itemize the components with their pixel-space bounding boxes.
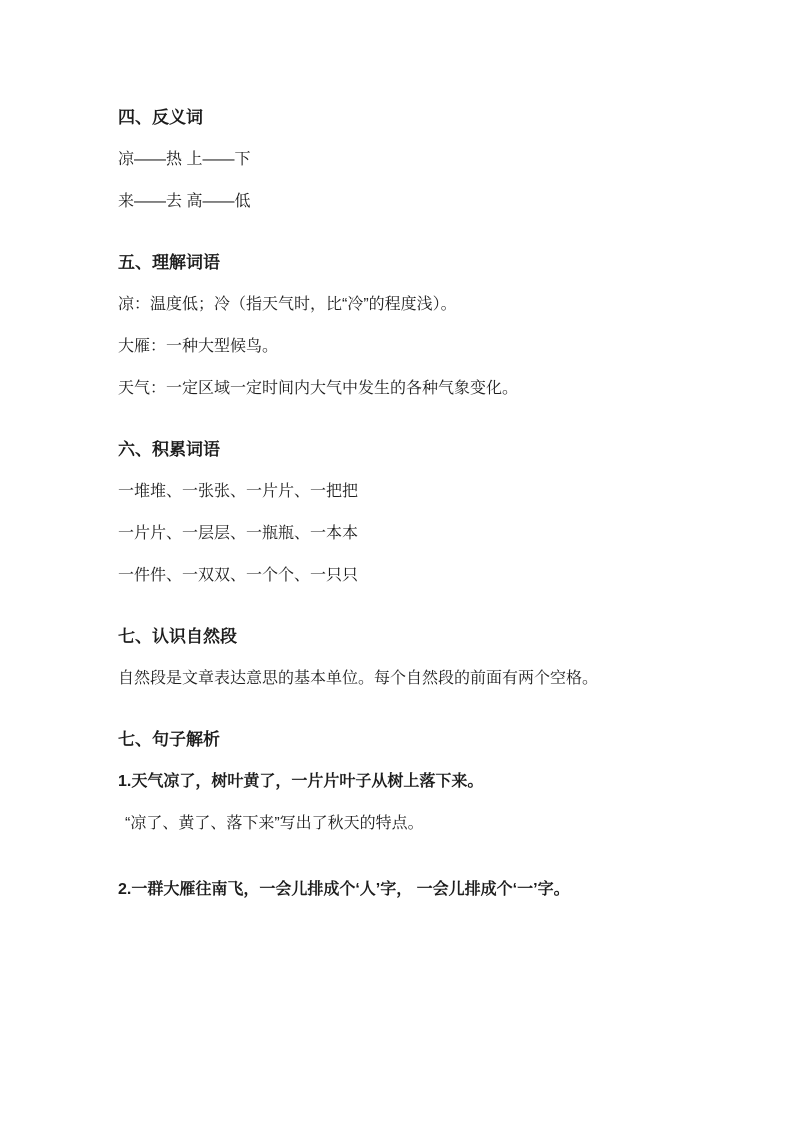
section-accumulated-words: 六、积累词语 一堆堆、一张张、一片片、一把把 一片片、一层层、一瓶瓶、一本本 一… [118,438,703,587]
antonym-pair-line: 凉——热 上——下 [118,149,703,171]
document-page: 四、反义词 凉——热 上——下 来——去 高——低 五、理解词语 凉：温度低；冷… [0,0,793,1122]
sentence-analysis-note: “凉了、黄了、落下来”写出了秋天的特点。 [118,813,703,835]
section-heading: 四、反义词 [118,106,703,130]
word-list-line: 一堆堆、一张张、一片片、一把把 [118,481,703,503]
section-heading: 七、句子解析 [118,728,703,752]
section-sentence-analysis: 七、句子解析 1.天气凉了，树叶黄了，一片片叶子从树上落下来。 “凉了、黄了、落… [118,728,703,901]
section-heading: 七、认识自然段 [118,625,703,649]
section-heading: 五、理解词语 [118,251,703,275]
word-definition-line: 凉：温度低；冷（指天气时，比“冷”的程度浅）。 [118,294,703,316]
analyzed-sentence: 1.天气凉了，树叶黄了，一片片叶子从树上落下来。 [118,771,703,793]
word-definition-line: 大雁：一种大型候鸟。 [118,336,703,358]
section-heading: 六、积累词语 [118,438,703,462]
section-word-meanings: 五、理解词语 凉：温度低；冷（指天气时，比“冷”的程度浅）。 大雁：一种大型候鸟… [118,251,703,400]
section-antonyms: 四、反义词 凉——热 上——下 来——去 高——低 [118,106,703,213]
explanation-line: 自然段是文章表达意思的基本单位。每个自然段的前面有两个空格。 [118,668,703,690]
section-natural-paragraph: 七、认识自然段 自然段是文章表达意思的基本单位。每个自然段的前面有两个空格。 [118,625,703,690]
antonym-pair-line: 来——去 高——低 [118,191,703,213]
analyzed-sentence: 2.一群大雁往南飞，一会儿排成个‘人’字， 一会儿排成个‘一’字。 [118,879,703,901]
word-list-line: 一片片、一层层、一瓶瓶、一本本 [118,523,703,545]
word-definition-line: 天气：一定区域一定时间内大气中发生的各种气象变化。 [118,378,703,400]
word-list-line: 一件件、一双双、一个个、一只只 [118,565,703,587]
